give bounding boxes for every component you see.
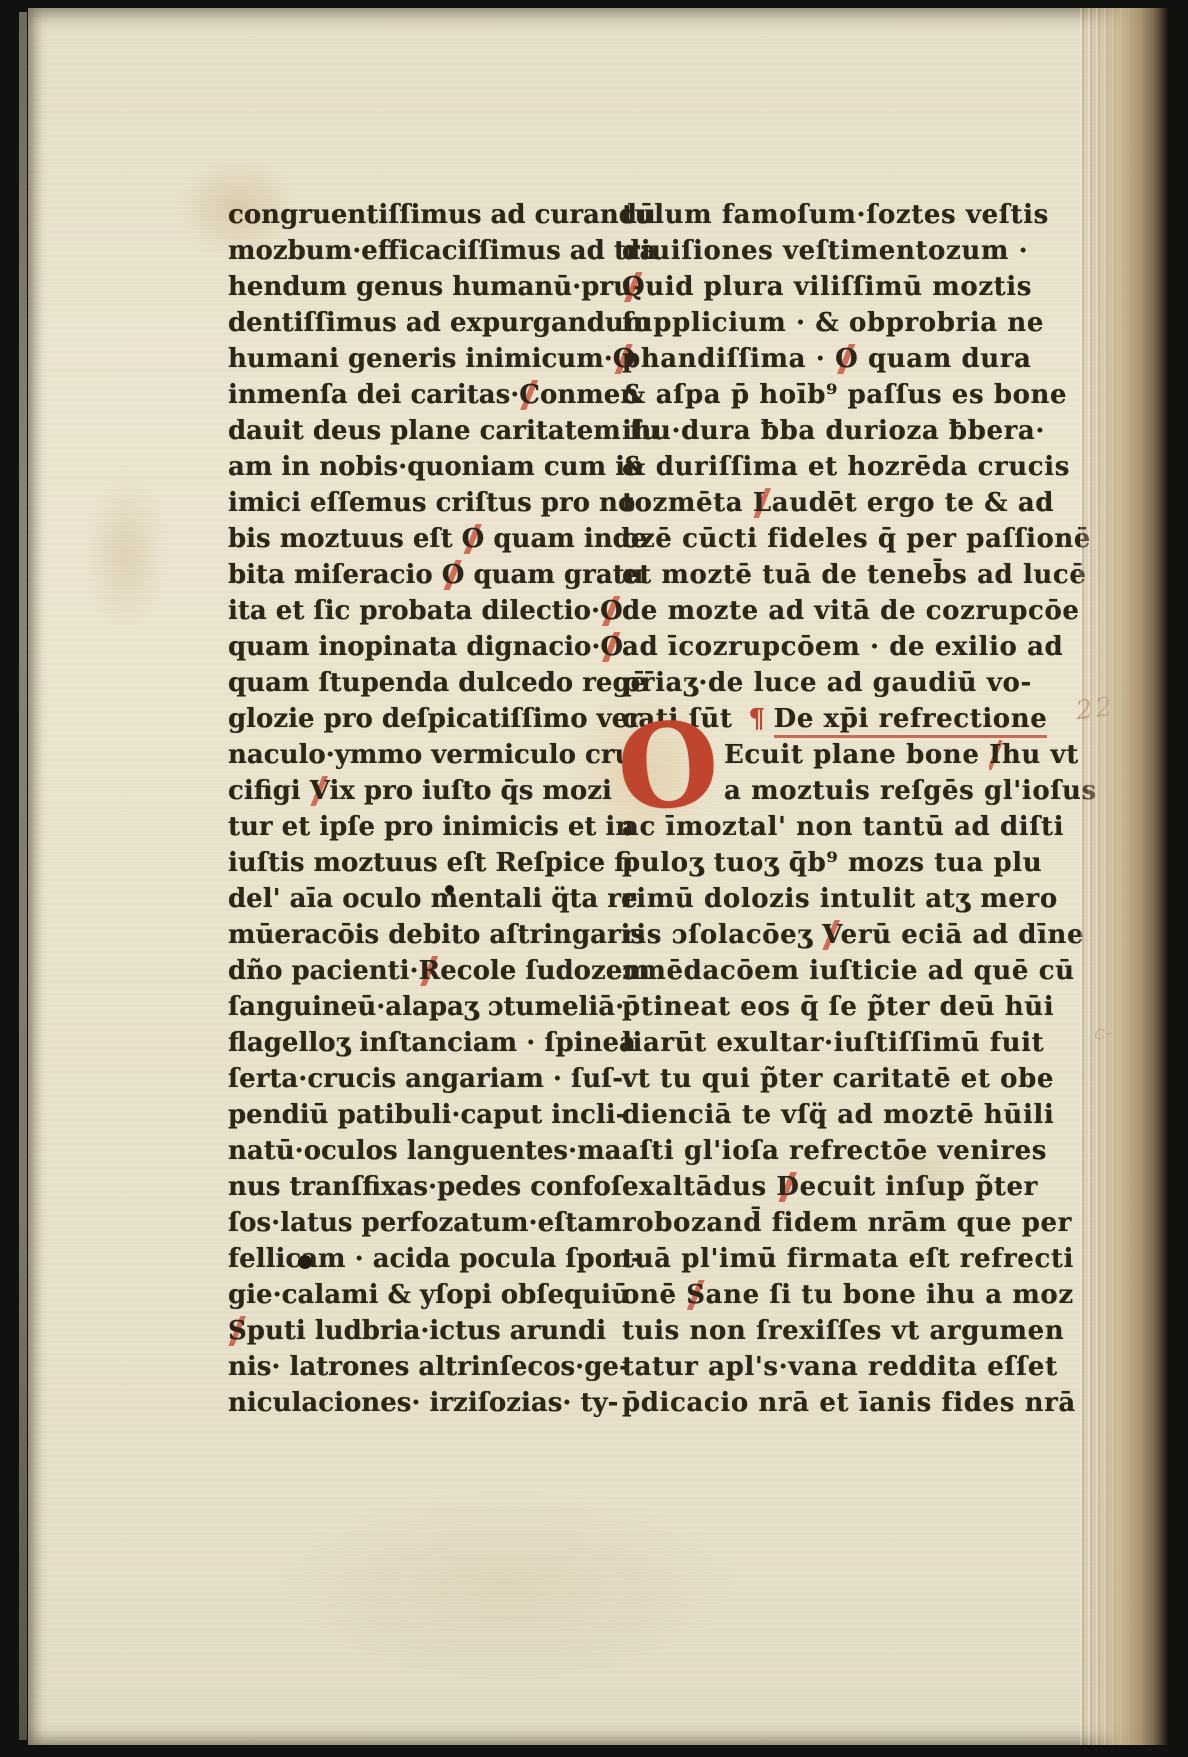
pilcrow-mark: ¶ [749, 704, 766, 734]
rubricated-capital: S [686, 1280, 705, 1310]
rubricated-capital: V [822, 920, 840, 950]
text-line: ſupplicium · & obprobria ne [622, 305, 1084, 341]
text-line: iuſtis moztuus eſt Reſpice fi [228, 845, 590, 881]
text-line: aſti gl'ioſa refrectōe venires [622, 1133, 1084, 1169]
text-line: liarūt exultar·iuſtiſſimū fuit [622, 1025, 1084, 1061]
text-line: tuis non ſrexiſſes vt argumen [622, 1313, 1084, 1349]
text-line: pendiū patibuli·caput incli- [228, 1097, 590, 1133]
text-line: inmenſa dei caritas·Conmen [228, 377, 590, 413]
text-line: tozmēta Laudēt ergo te & ad [622, 485, 1084, 521]
rubricated-capital: O [835, 344, 858, 374]
text-line: robozand̄ fidem nrām que per [622, 1205, 1084, 1241]
text-line: natū·oculos languentes·ma [228, 1133, 590, 1169]
text-line: Sputi ludbria·ictus arundi [228, 1313, 590, 1349]
text-line: diuiſiones veſtimentozum · [622, 233, 1084, 269]
text-line: et moztē tuā de teneb̄s ad lucē [622, 557, 1084, 593]
rubricated-capital: S [228, 1316, 247, 1346]
text-line: ad īcozrupcōem · de exilio ad [622, 629, 1084, 665]
ink-blot [298, 1255, 312, 1269]
text-line: p̄tineat eos q̄ ſe p̃ter deū hūi [622, 989, 1084, 1025]
text-line: cifigi Vix pro iuſto q̄s mozi [228, 773, 590, 809]
rubricated-capital: O [600, 596, 623, 626]
paper-stain [86, 478, 166, 628]
text-line: p̄dicacio nrā et īanis fides nrā [622, 1385, 1084, 1421]
text-line: ſanguineū·alapaʒ ɔtumeliā· [228, 989, 590, 1025]
text-line: puloʒ tuoʒ q̄b⁹ mozs tua plu [622, 845, 1084, 881]
rubricated-capital: Q [622, 272, 645, 302]
text-line: & aſpa p̄ hoīb⁹ paſſus es bone [622, 377, 1084, 413]
text-line: dentiſſimus ad expurgandum [228, 305, 590, 341]
rubricated-capital: R [419, 956, 441, 986]
rubricated-capital: L [753, 488, 772, 518]
text-line: & duriſſima et hozrēda crucis [622, 449, 1084, 485]
rubric-underlined-heading: De xp̄i refrectione [774, 704, 1048, 738]
rubricated-capital: D [776, 1172, 799, 1202]
text-line: ris ɔſolacōeʒ Verū eciā ad dīne [622, 917, 1084, 953]
text-line: hendum genus humanū·pru- [228, 269, 590, 305]
text-line: glozie pro deſpicatiſſimo ver [228, 701, 590, 737]
text-line: onē Sane ſi tu bone ihu a moz [622, 1277, 1084, 1313]
book-page-edges [1080, 8, 1168, 1745]
text-line: quam inopinata dignacio·O [228, 629, 590, 665]
text-line: dño pacienti·Recole ſudozem [228, 953, 590, 989]
text-line: humani generis inimicum·O [228, 341, 590, 377]
rubricated-capital: O [600, 632, 623, 662]
text-line: imici eſſemus criſtus pro no [228, 485, 590, 521]
text-line: bita miſeracio O quam gratu [228, 557, 590, 593]
paper-stain [278, 1488, 738, 1678]
text-line: niculaciones· irziſozias· ty- [228, 1385, 590, 1421]
page-edge-sliver-left [19, 12, 27, 1740]
rubricated-capital: V [310, 776, 330, 806]
text-line: ita et ſic probata dilectio·O [228, 593, 590, 629]
text-line: dauit deus plane caritatem ſu [228, 413, 590, 449]
text-line: dienciā te vſq̈ ad moztē hūili [622, 1097, 1084, 1133]
text-line: ɔmēdacōem iuſticie ad quē cū [622, 953, 1084, 989]
manuscript-page: congruentiſſimus ad curandūmozbum·effica… [28, 8, 1168, 1745]
rubricated-capital: O [442, 560, 465, 590]
text-line: mozbum·efficaciſſimus ad tra [228, 233, 590, 269]
illuminated-initial-letter: O [614, 712, 734, 832]
text-line: tur et ipſe pro inimicis et in [228, 809, 590, 845]
text-line: de mozte ad vitā de cozrupcōe [622, 593, 1084, 629]
text-line: rimū dolozis intulit atʒ mero [622, 881, 1084, 917]
text-line: flagelloʒ inſtanciam · ſpinea [228, 1025, 590, 1061]
text-line: tatur apl's·vana reddita eſſet [622, 1349, 1084, 1385]
text-line: del' aīa oculo mentali q̈ta re [228, 881, 590, 917]
rubricated-capital: I [989, 740, 1002, 770]
text-line: exaltādus Decuit inſup p̃ter [622, 1169, 1084, 1205]
text-line: am in nobis·quoniam cum in [228, 449, 590, 485]
text-line: tuā pl'imū firmata eſt refrecti [622, 1241, 1084, 1277]
rubricated-capital: O [462, 524, 485, 554]
text-column-left: congruentiſſimus ad curandūmozbum·effica… [228, 197, 590, 1421]
text-line: bis moztuus eſt O quam inde [228, 521, 590, 557]
text-line: ſos·latus perfozatum·eſtam [228, 1205, 590, 1241]
text-line: nus tranſfixas·pedes confoſ [228, 1169, 590, 1205]
text-line: phandiſſima · O quam dura [622, 341, 1084, 377]
text-line: gie·calami & yſopi obſequiū [228, 1277, 590, 1313]
text-line: tulum famoſum·ſoztes veſtis [622, 197, 1084, 233]
rubricated-capital: C [519, 380, 540, 410]
text-line: vt tu qui p̃ter caritatē et obe [622, 1061, 1084, 1097]
text-line: ozē cūcti fideles q̄ per paſſionē [622, 521, 1084, 557]
text-line: congruentiſſimus ad curandū [228, 197, 590, 233]
text-line: quam ſtupenda dulcedo regē [228, 665, 590, 701]
text-line: Quid plura viliſſimū moztis [622, 269, 1084, 305]
text-line: ihu·dura ƀba durioza ƀbera· [622, 413, 1084, 449]
text-line: mūeracōis debito aſtringaris [228, 917, 590, 953]
text-line: fellicam · acida pocula ſpon- [228, 1241, 590, 1277]
text-line: ſerta·crucis angariam · ſuſ- [228, 1061, 590, 1097]
text-line: naculo·ymmo vermiculo cru [228, 737, 590, 773]
text-line: nis· latrones altrinſecos·ge- [228, 1349, 590, 1385]
initial-glyph: O [613, 695, 723, 838]
ink-blot [445, 885, 454, 894]
